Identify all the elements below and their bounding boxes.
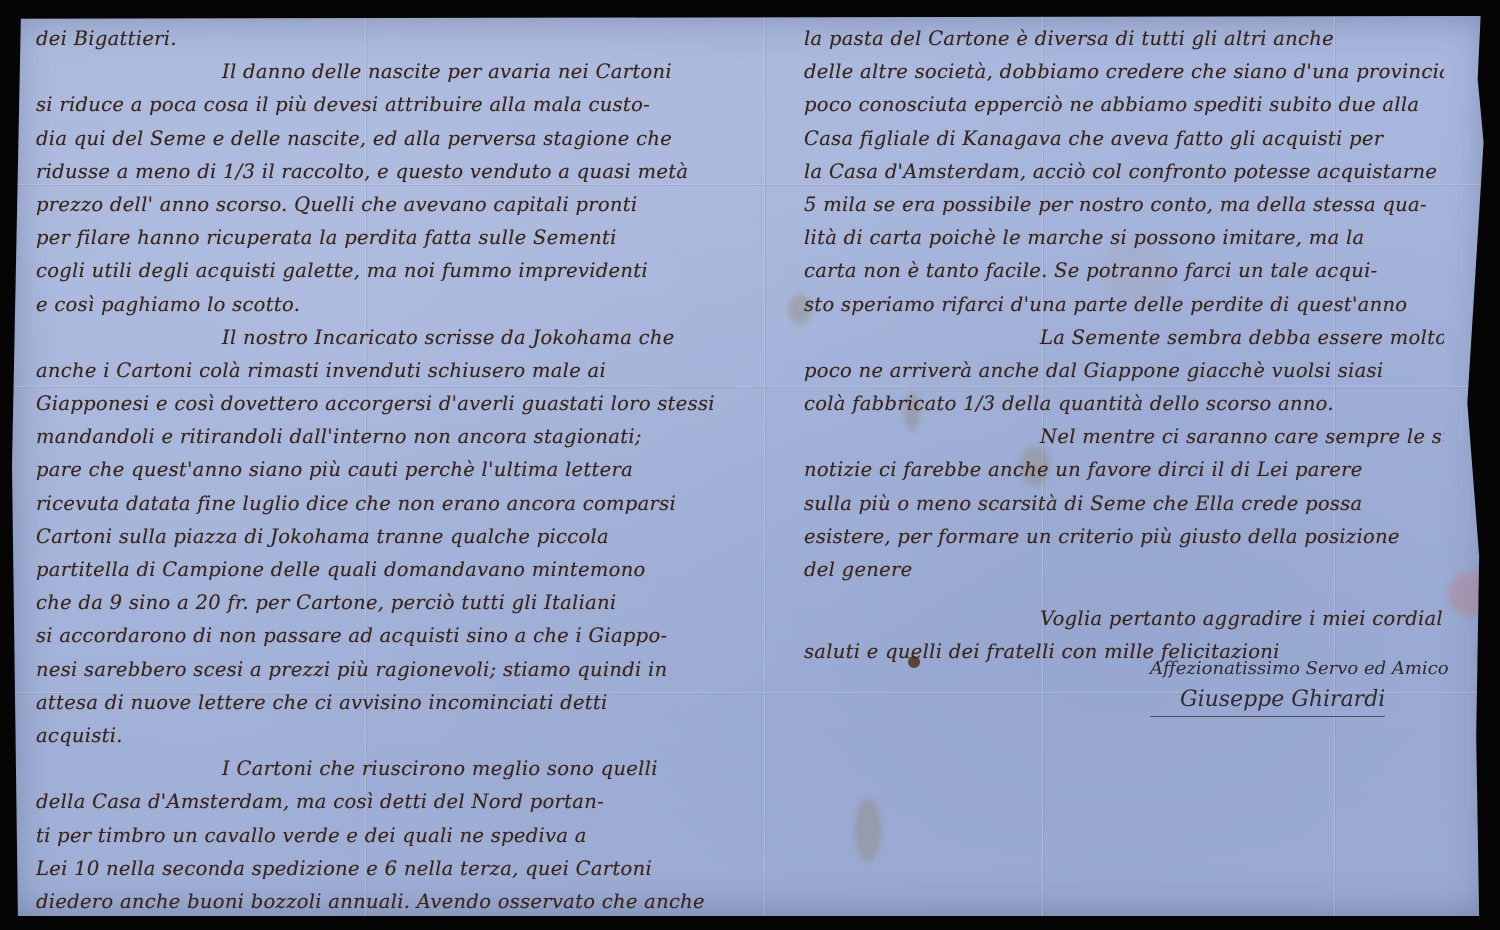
text-line: Giapponesi e così dovettero accorgersi d… [36,387,752,420]
text-line: prezzo dell' anno scorso. Quelli che ave… [36,188,752,221]
text-line: 5 mila se era possibile per nostro conto… [804,188,1444,221]
text-line: anche i Cartoni colà rimasti invenduti s… [36,354,752,387]
text-line: diedero anche buoni bozzoli annuali. Ave… [36,885,752,918]
text-line: delle altre società, dobbiamo credere ch… [804,55,1444,88]
text-line: poco conosciuta epperciò ne abbiamo sped… [804,88,1444,121]
text-line: La Semente sembra debba essere molto sca… [804,321,1444,354]
text-line: pare che quest'anno siano più cauti perc… [36,453,752,486]
letter-left-page: dei Bigattieri. Il danno delle nascite p… [36,22,752,918]
text-line: I Cartoni che riuscirono meglio sono que… [36,752,752,785]
text-line: la pasta del Cartone è diversa di tutti … [804,22,1444,55]
text-line: notizie ci farebbe anche un favore dirci… [804,453,1444,486]
text-line: per filare hanno ricuperata la perdita f… [36,221,752,254]
paper-stain [855,798,881,862]
text-line: ricevuta datata fine luglio dice che non… [36,487,752,520]
text-line: Il nostro Incaricato scrisse da Jokohama… [36,321,752,354]
text-line: carta non è tanto facile. Se potranno fa… [804,254,1444,287]
paper-stain [1448,572,1490,616]
text-line: nesi sarebbero scesi a prezzi più ragion… [36,653,752,686]
closing-greeting: Affezionatissimo Servo ed Amico [1150,658,1449,679]
text-line: acquisti. [36,719,752,752]
blank-line [804,586,1444,602]
text-line: Lei 10 nella seconda spedizione e 6 nell… [36,852,752,885]
text-line: mandandoli e ritirandoli dall'interno no… [36,420,752,453]
text-line: attesa di nuove lettere che ci avvisino … [36,686,752,719]
text-line: la Casa d'Amsterdam, acciò col confronto… [804,155,1444,188]
text-line: Voglia pertanto aggradire i miei cordial… [804,602,1444,635]
text-line: poco ne arriverà anche dal Giappone giac… [804,354,1444,387]
text-line: colà fabbricato 1/3 della quantità dello… [804,387,1444,420]
text-line: Cartoni sulla piazza di Jokohama tranne … [36,520,752,553]
letter-closing: Affezionatissimo Servo ed Amico Giuseppe… [1150,658,1449,717]
text-line: Il danno delle nascite per avaria nei Ca… [36,55,752,88]
text-line: cogli utili degli acquisti galette, ma n… [36,254,752,287]
text-line: e così paghiamo lo scotto. [36,288,752,321]
text-line: del genere [804,553,1444,586]
signature: Giuseppe Ghirardi [1150,687,1385,717]
text-line: partitella di Campione delle quali doman… [36,553,752,586]
text-line: sto speriamo rifarci d'una parte delle p… [804,288,1444,321]
fold-line-center [764,16,766,916]
text-line: esistere, per formare un criterio più gi… [804,520,1444,553]
text-line: si riduce a poca cosa il più devesi attr… [36,88,752,121]
text-line: ridusse a meno di 1/3 il raccolto, e que… [36,155,752,188]
text-line: dei Bigattieri. [36,22,752,55]
text-line: lità di carta poichè le marche si posson… [804,221,1444,254]
text-line: Nel mentre ci saranno care sempre le sue [804,420,1444,453]
text-line: della Casa d'Amsterdam, ma così detti de… [36,785,752,818]
text-line: sulla più o meno scarsità di Seme che El… [804,487,1444,520]
text-line: si accordarono di non passare ad acquist… [36,619,752,652]
text-line: che da 9 sino a 20 fr. per Cartone, perc… [36,586,752,619]
text-line: dia qui del Seme e delle nascite, ed all… [36,122,752,155]
text-line: ti per timbro un cavallo verde e dei qua… [36,819,752,852]
text-line: Casa figliale di Kanagava che aveva fatt… [804,122,1444,155]
letter-right-page: la pasta del Cartone è diversa di tutti … [804,22,1444,669]
